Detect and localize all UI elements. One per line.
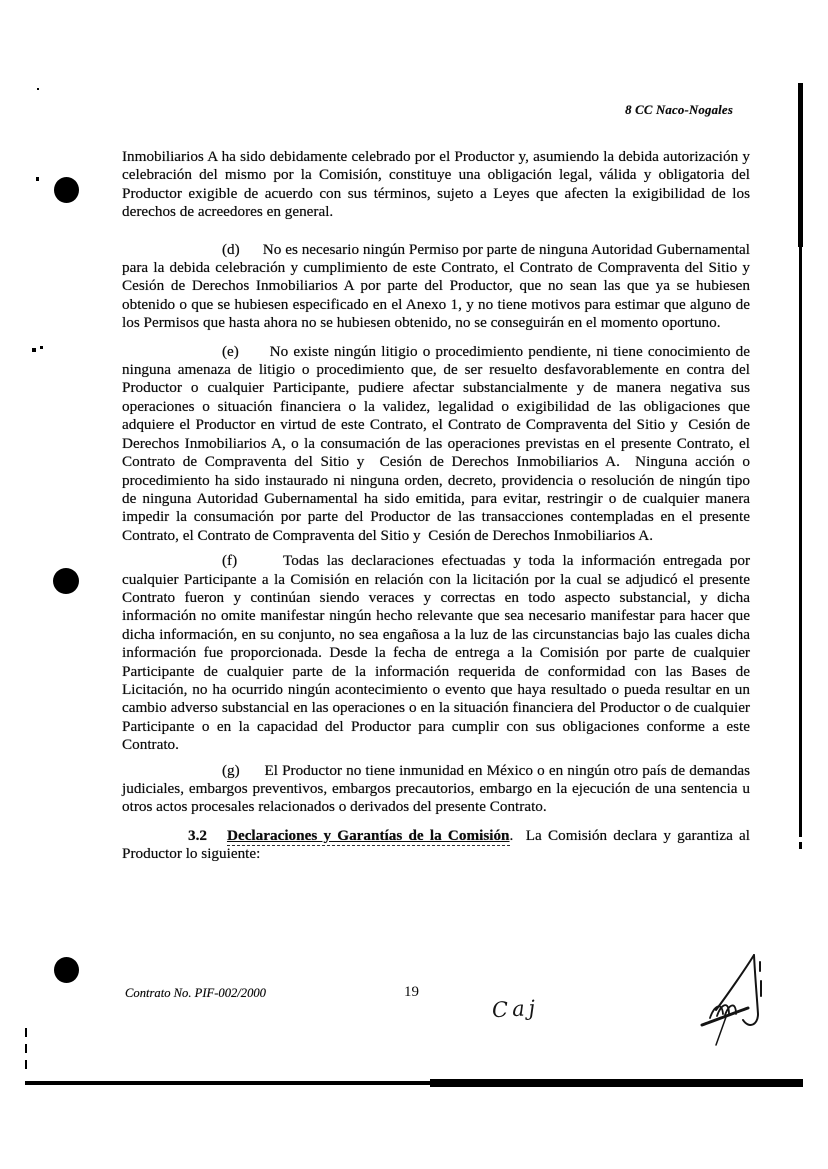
handwritten-signature-squiggle: [696, 938, 784, 1053]
handwritten-initials: Caj: [491, 996, 539, 1022]
section-3-2: 3.2Declaraciones y Garantías de la Comis…: [122, 827, 750, 864]
scan-left-dashed-line: [25, 1028, 27, 1074]
scan-speck: [32, 348, 36, 352]
section-number: 3.2: [188, 827, 207, 844]
scan-edge-line-right-dashes: [799, 830, 802, 854]
hole-punch-mark-1: [54, 177, 79, 203]
scan-speck: [36, 177, 39, 181]
scan-bottom-edge-line-thick: [430, 1079, 803, 1087]
paragraph-g: (g) El Productor no tiene inmunidad en M…: [122, 762, 750, 817]
scan-speck: [37, 88, 39, 90]
paragraph-intro: Inmobiliarios A ha sido debidamente cele…: [122, 148, 750, 222]
scan-edge-line-right: [799, 247, 802, 830]
paragraph-e: (e) No existe ningún litigio o procedimi…: [122, 343, 750, 545]
hole-punch-mark-3: [54, 957, 79, 983]
scan-edge-line-right: [798, 83, 803, 247]
scan-speck: [40, 346, 43, 349]
hole-punch-mark-2: [53, 568, 79, 594]
paragraph-d: (d) No es necesario ningún Permiso por p…: [122, 241, 750, 333]
header-annotation: 8 CC Naco-Nogales: [625, 103, 733, 118]
body-text-column: Inmobiliarios A ha sido debidamente cele…: [122, 148, 750, 864]
scanned-contract-page: 8 CC Naco-Nogales Inmobiliarios A ha sid…: [0, 0, 828, 1169]
section-title: Declaraciones y Garantías de la Comisión: [227, 827, 510, 846]
paragraph-f: (f) Todas las declaraciones efectuadas y…: [122, 552, 750, 754]
footer-contract-number: Contrato No. PIF-002/2000: [125, 986, 266, 1001]
footer-page-number: 19: [404, 984, 419, 1001]
